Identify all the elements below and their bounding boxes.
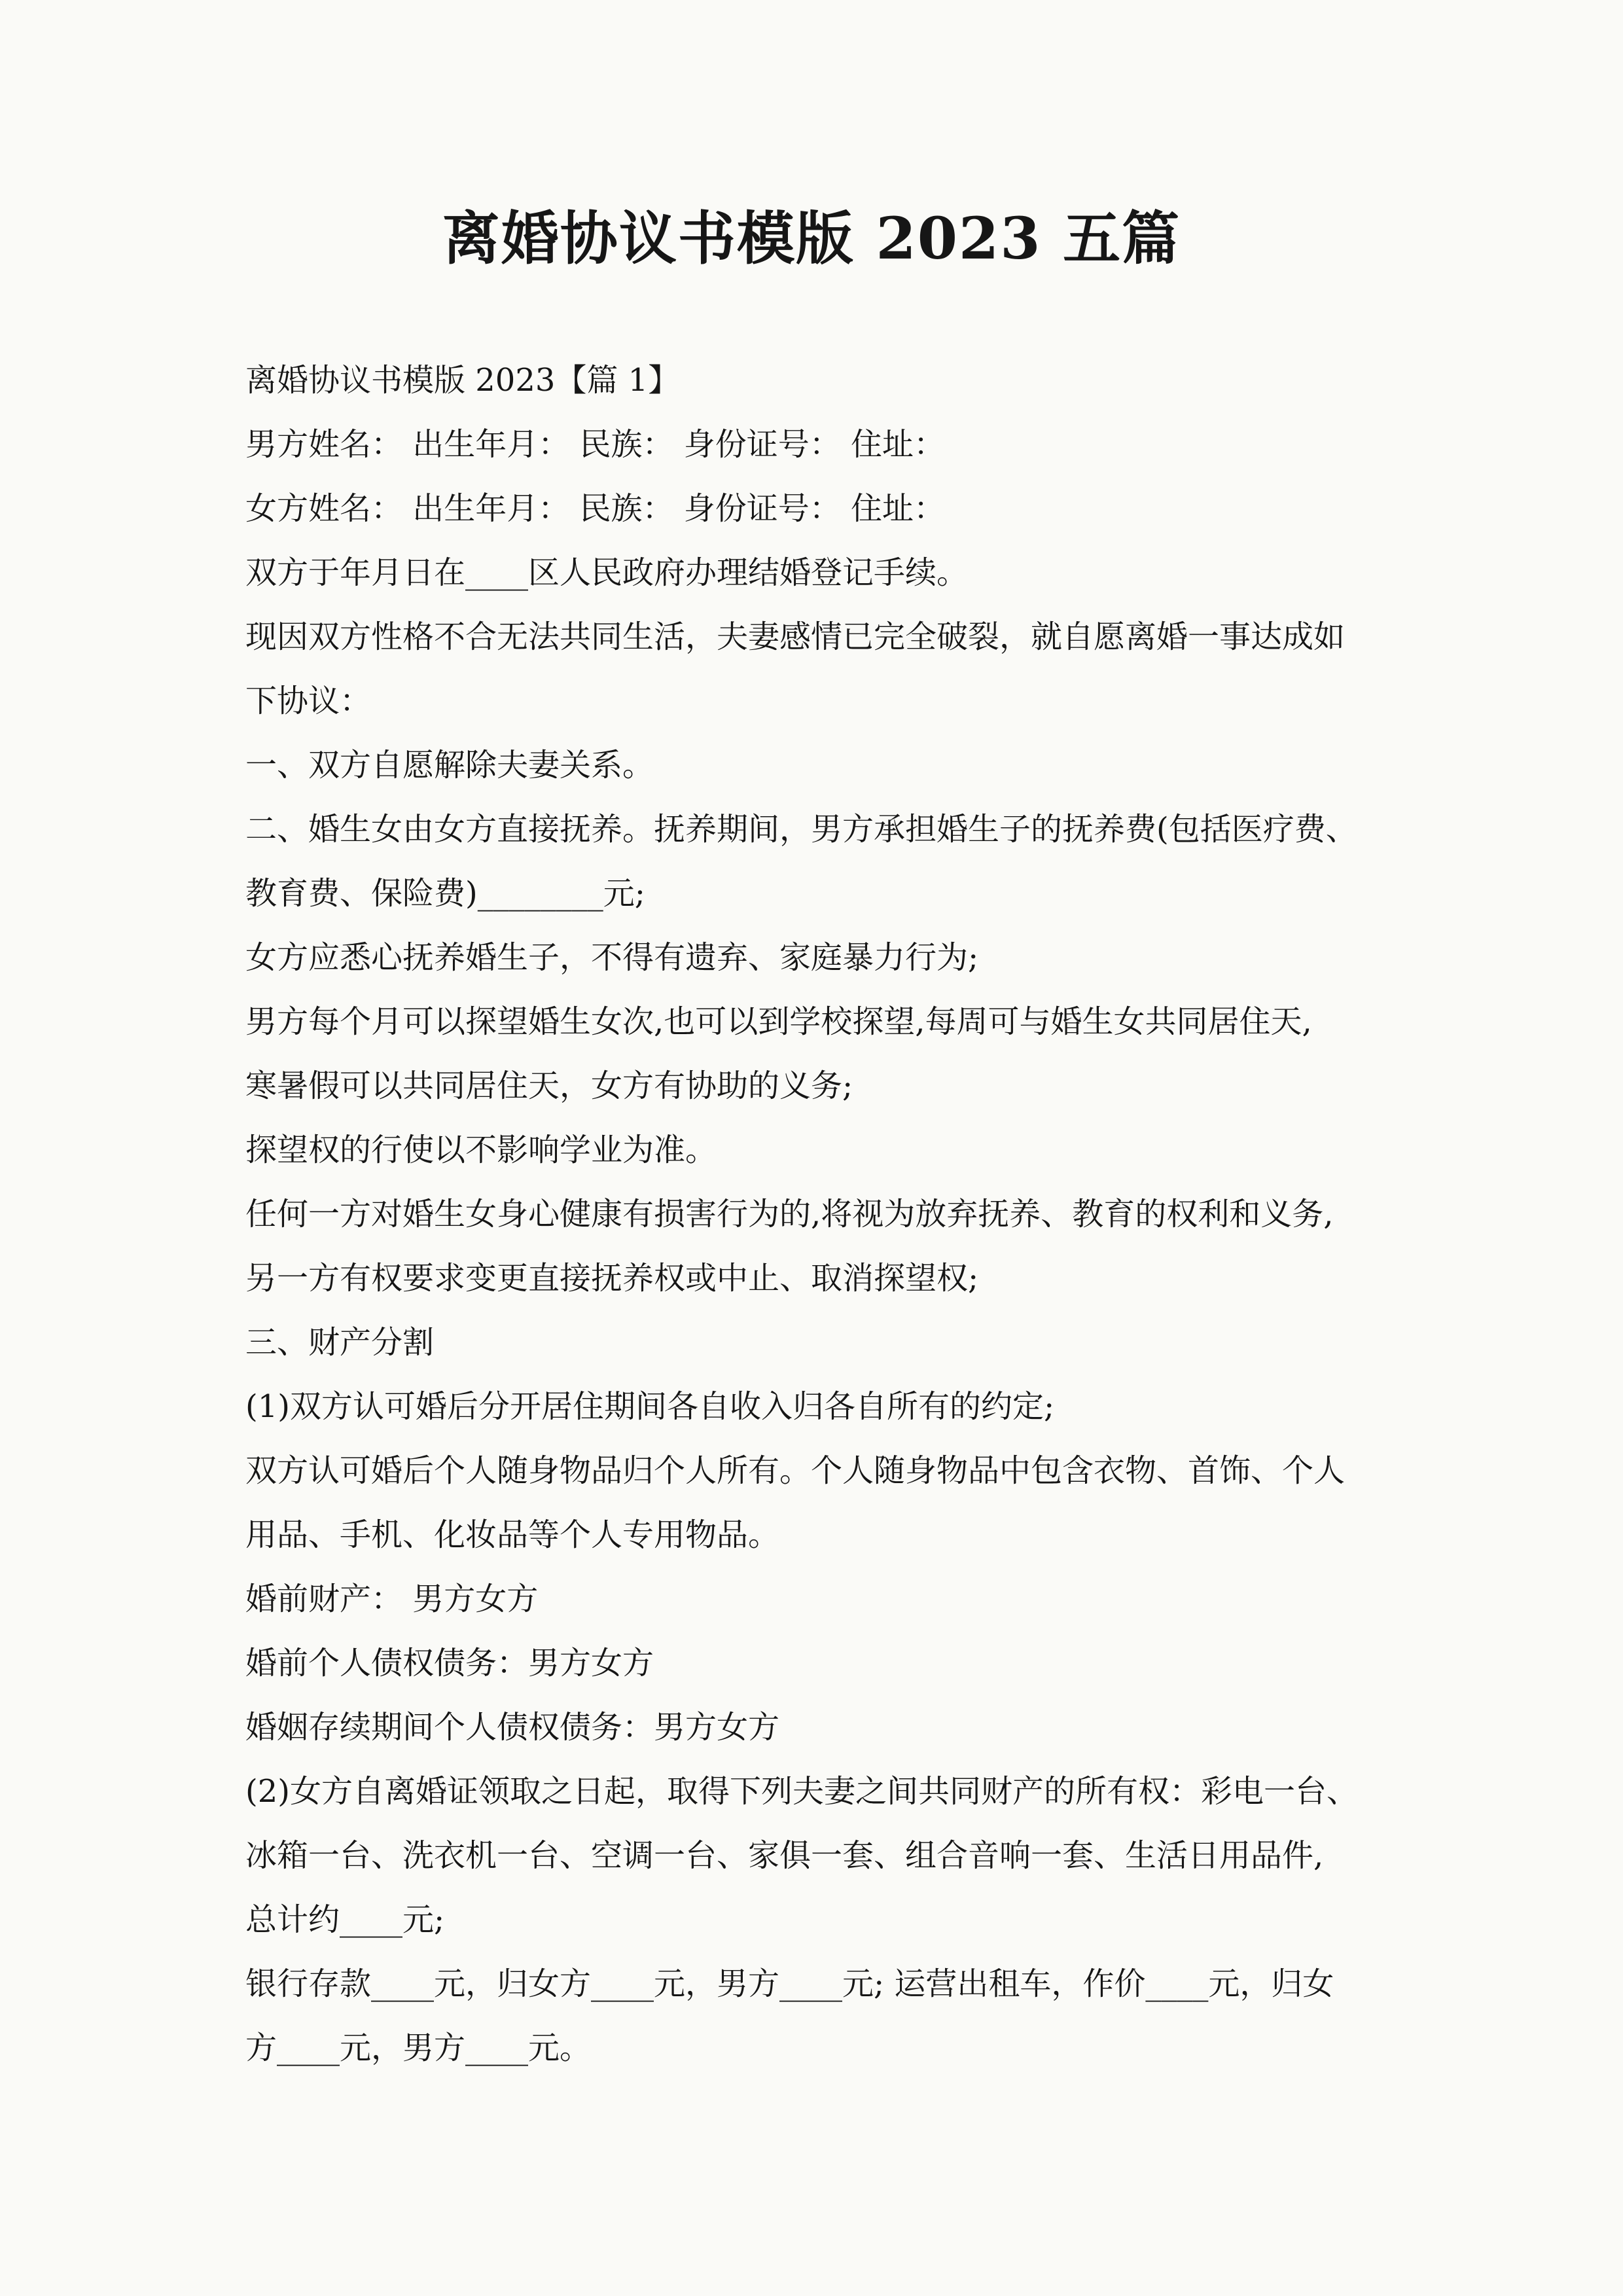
document-text-line: 银行存款____元，归女方____元，男方____元; 运营出租车，作价____… — [245, 1952, 1400, 2016]
document-text-line: 总计约____元; — [245, 1888, 1400, 1952]
document-text-line: 方____元，男方____元。 — [245, 2016, 1400, 2080]
document-text-line: 教育费、保险费)________元; — [245, 861, 1400, 925]
document-title: 离婚协议书模版 2023 五篇 — [0, 0, 1623, 267]
document-text-line: 寒暑假可以共同居住天，女方有协助的义务; — [245, 1054, 1400, 1118]
document-text-line: (1)双方认可婚后分开居住期间各自收入归各自所有的约定; — [245, 1374, 1400, 1439]
document-text-line: 男方每个月可以探望婚生女次,也可以到学校探望,每周可与婚生女共同居住天, — [245, 990, 1400, 1054]
document-text-line: 离婚协议书模版 2023【篇 1】 — [245, 348, 1400, 412]
document-text-line: 双方于年月日在____区人民政府办理结婚登记手续。 — [245, 541, 1400, 605]
document-text-line: 婚姻存续期间个人债权债务：男方女方 — [245, 1695, 1400, 1759]
document-text-line: 婚前个人债权债务：男方女方 — [245, 1631, 1400, 1695]
document-text-line: 任何一方对婚生女身心健康有损害行为的,将视为放弃抚养、教育的权利和义务, — [245, 1182, 1400, 1246]
document-text-line: 一、双方自愿解除夫妻关系。 — [245, 733, 1400, 797]
document-text-line: 女方姓名： 出生年月： 民族： 身份证号： 住址： — [245, 476, 1400, 541]
document-body: 离婚协议书模版 2023【篇 1】男方姓名： 出生年月： 民族： 身份证号： 住… — [245, 348, 1400, 2080]
document-text-line: 男方姓名： 出生年月： 民族： 身份证号： 住址： — [245, 412, 1400, 476]
document-text-line: (2)女方自离婚证领取之日起，取得下列夫妻之间共同财产的所有权：彩电一台、 — [245, 1759, 1400, 1823]
document-text-line: 双方认可婚后个人随身物品归个人所有。个人随身物品中包含衣物、首饰、个人 — [245, 1439, 1400, 1503]
document-text-line: 冰箱一台、洗衣机一台、空调一台、家俱一套、组合音响一套、生活日用品件, — [245, 1823, 1400, 1888]
document-text-line: 下协议： — [245, 669, 1400, 733]
document-text-line: 婚前财产： 男方女方 — [245, 1567, 1400, 1631]
document-text-line: 用品、手机、化妆品等个人专用物品。 — [245, 1503, 1400, 1567]
document-text-line: 探望权的行使以不影响学业为准。 — [245, 1118, 1400, 1182]
document-text-line: 现因双方性格不合无法共同生活，夫妻感情已完全破裂，就自愿离婚一事达成如 — [245, 605, 1400, 669]
document-text-line: 女方应悉心抚养婚生子，不得有遗弃、家庭暴力行为; — [245, 925, 1400, 990]
document-text-line: 另一方有权要求变更直接抚养权或中止、取消探望权; — [245, 1246, 1400, 1310]
document-page: 离婚协议书模版 2023 五篇 离婚协议书模版 2023【篇 1】男方姓名： 出… — [0, 0, 1623, 2296]
document-text-line: 二、婚生女由女方直接抚养。抚养期间，男方承担婚生子的抚养费(包括医疗费、 — [245, 797, 1400, 861]
document-text-line: 三、财产分割 — [245, 1310, 1400, 1374]
